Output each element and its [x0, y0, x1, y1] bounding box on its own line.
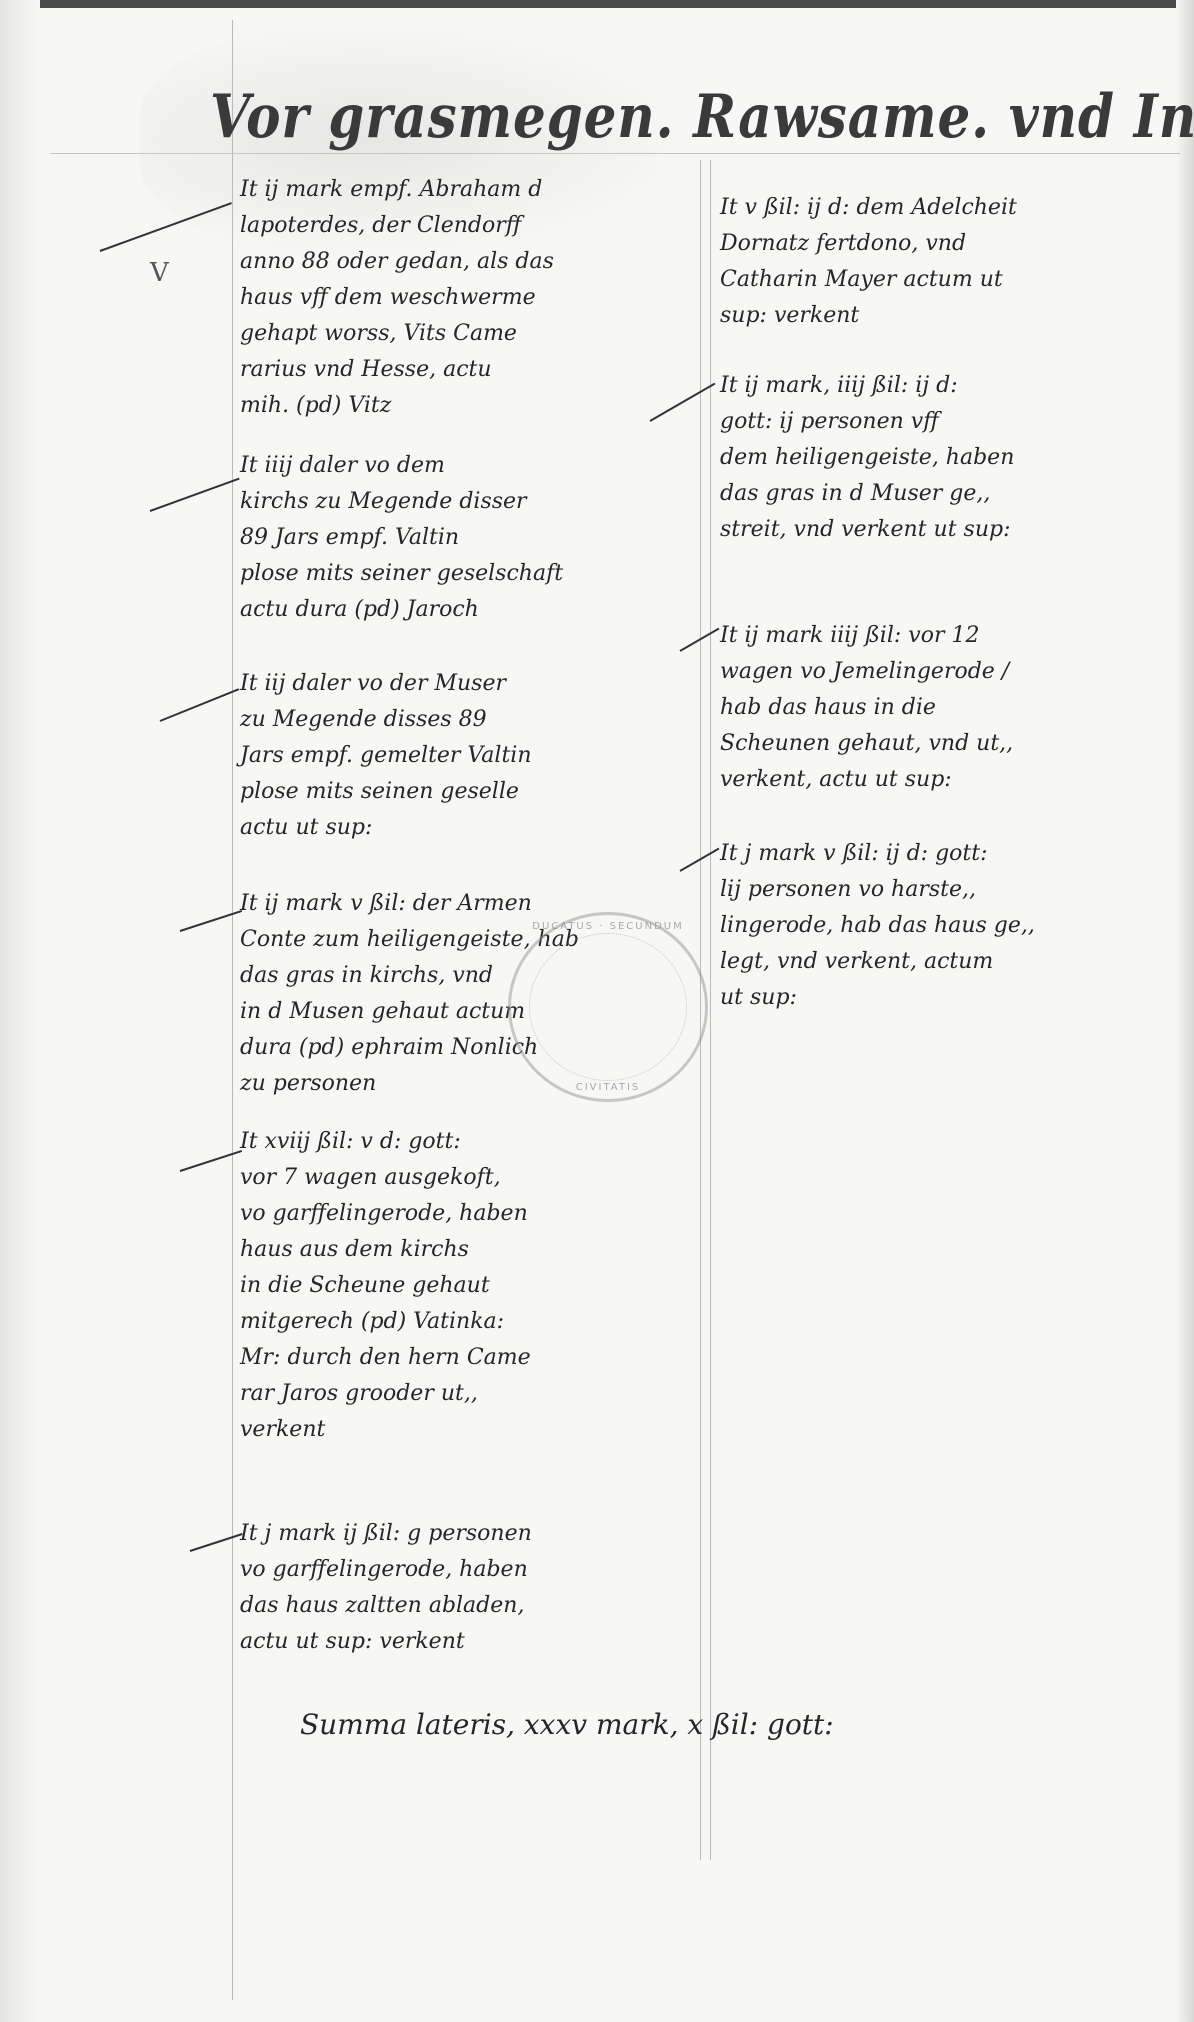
stamp-top-text: DUCATUS · SECUNDUM [511, 921, 705, 932]
stamp-inner-ring [529, 933, 687, 1081]
ledger-entry: It ij mark, iiij ßil: ij d: gott: ij per… [720, 368, 1014, 548]
ledger-entry: It ij mark empf. Abraham d lapoterdes, d… [240, 172, 554, 424]
column-divider-rule-2 [710, 160, 711, 1860]
ledger-entry: It iij daler vo der Muser zu Megende dis… [240, 666, 532, 846]
entry-stroke [160, 688, 240, 722]
archive-stamp: DUCATUS · SECUNDUM CIVITATIS [508, 912, 708, 1102]
page-left-edge [0, 0, 40, 2022]
margin-check-mark: V [150, 258, 169, 288]
ledger-entry: It j mark ij ßil: g personen vo garffeli… [240, 1516, 532, 1660]
stamp-bottom-text: CIVITATIS [511, 1082, 705, 1093]
entry-stroke [190, 1533, 243, 1552]
entry-stroke [150, 478, 240, 512]
ledger-entry: It iiij daler vo dem kirchs zu Megende d… [240, 448, 563, 628]
ledger-entry: It j mark v ßil: ij d: gott: lij persone… [720, 836, 1035, 1016]
page-right-edge [1176, 0, 1194, 2022]
entry-stroke [650, 383, 716, 422]
page-top-edge [0, 0, 1194, 8]
heading-rule [50, 153, 1180, 154]
ledger-entry: It xviij ßil: v d: gott: vor 7 wagen aus… [240, 1124, 531, 1448]
ledger-entry: It ij mark iiij ßil: vor 12 wagen vo Jem… [720, 618, 1013, 798]
page-total: Summa lateris, xxxv mark, x ßil: gott: [300, 1708, 834, 1741]
manuscript-page: Vor grasmegen. Rawsame. vnd Insori V It … [0, 0, 1194, 2022]
ledger-entry: It v ßil: ij d: dem Adelcheit Dornatz fe… [720, 190, 1017, 334]
left-margin-rule [232, 20, 233, 2000]
page-heading: Vor grasmegen. Rawsame. vnd Insori [210, 82, 1194, 152]
